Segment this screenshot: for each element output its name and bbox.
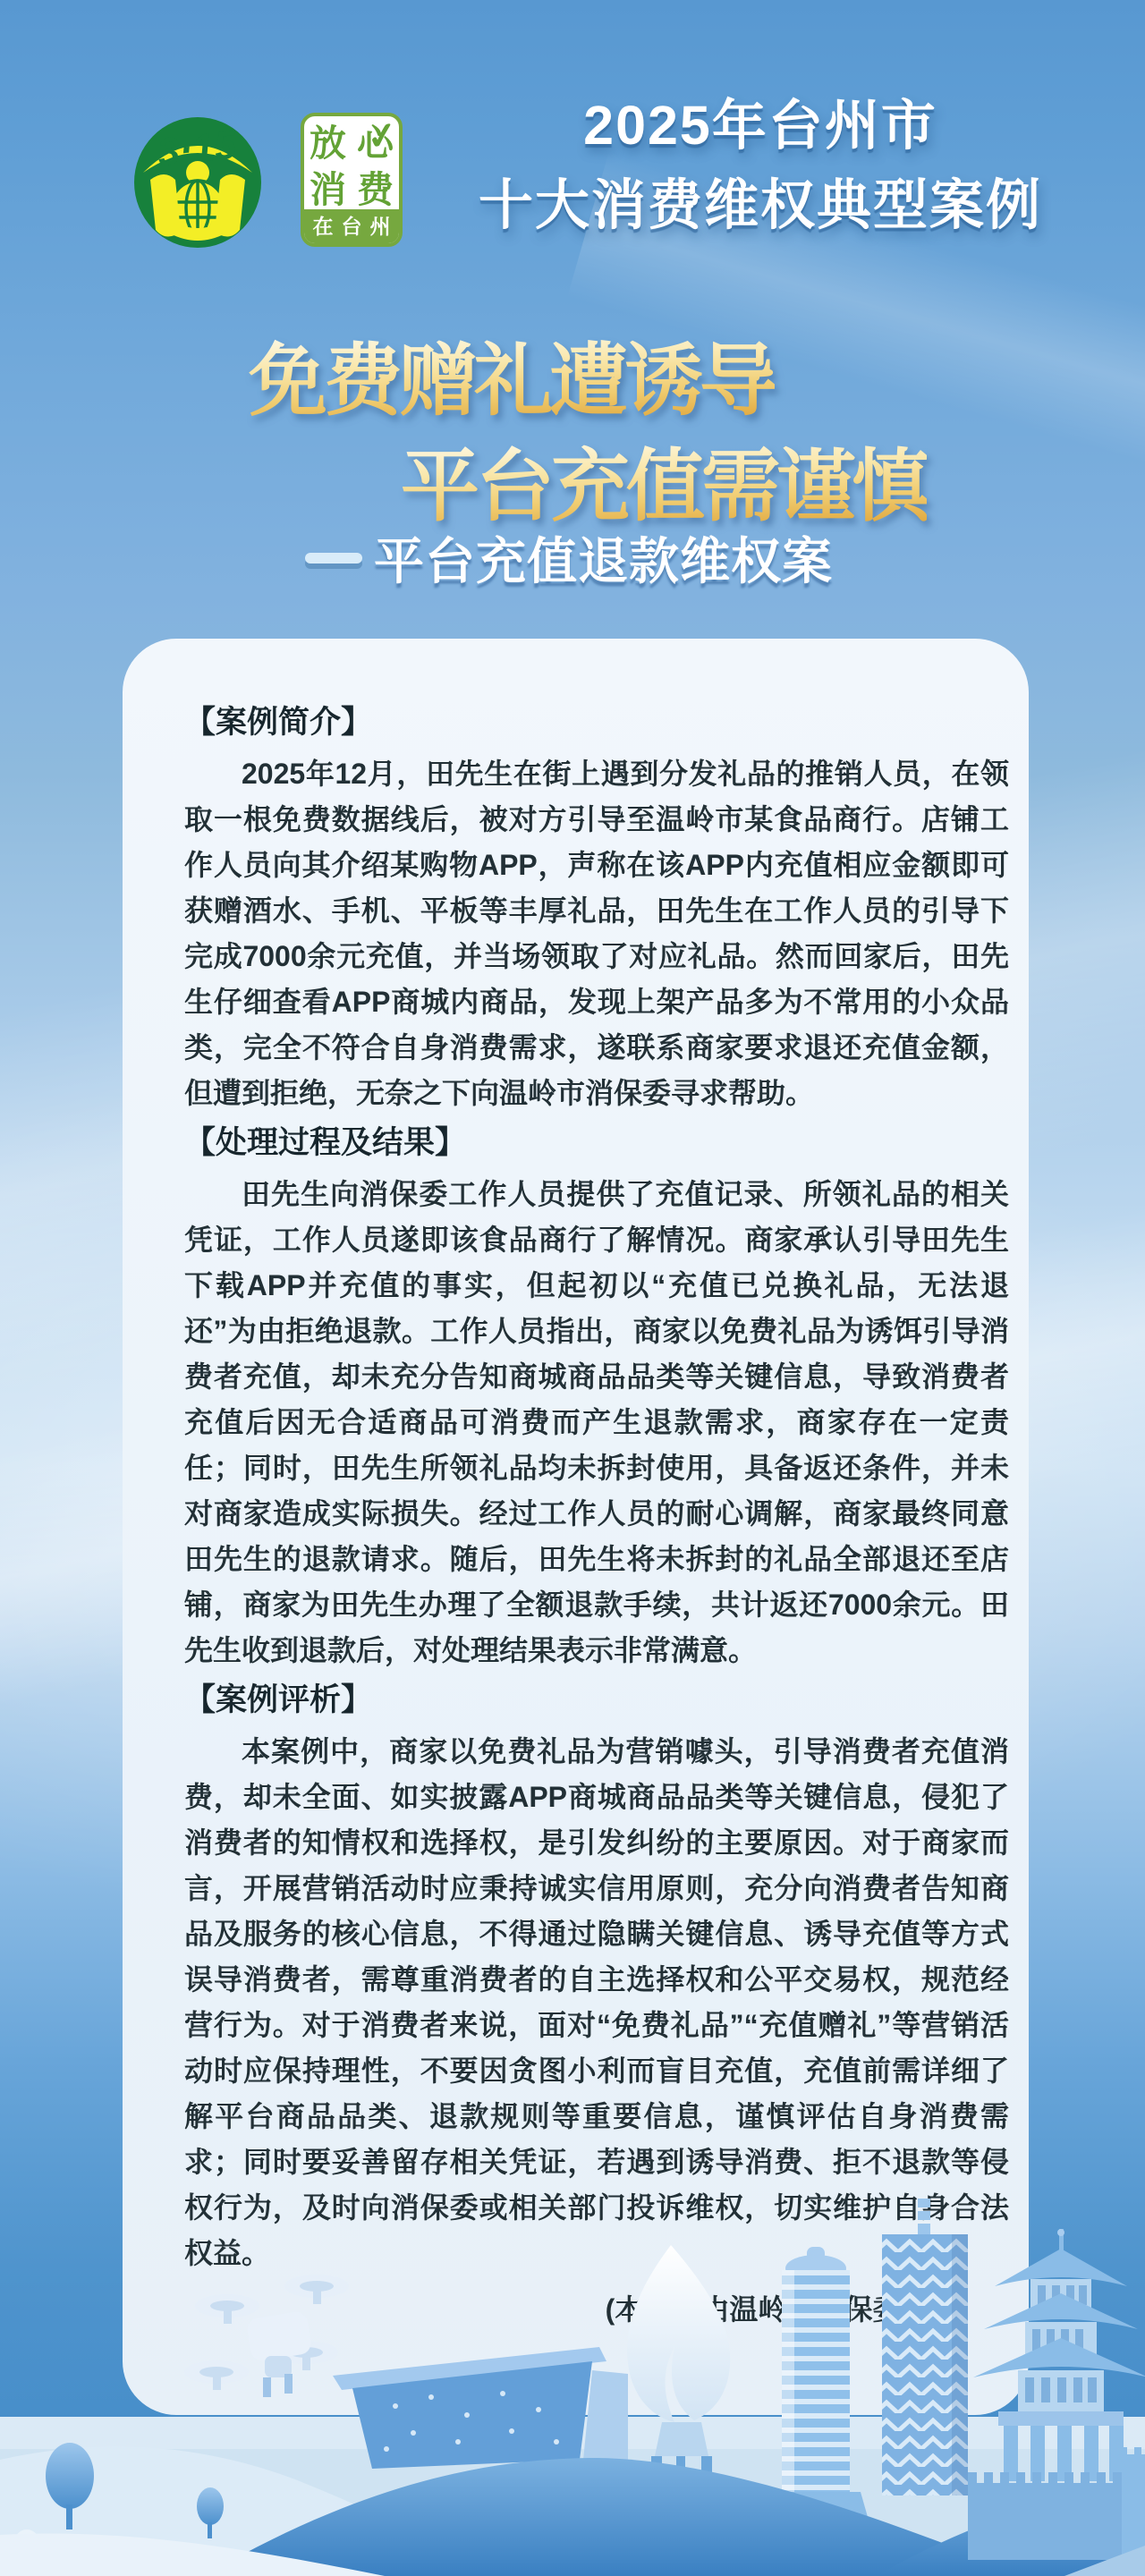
badge-char: 费 (357, 168, 394, 211)
header-title-line-1: 2025年台州市 (452, 86, 1069, 165)
dash-icon (305, 553, 362, 563)
hero-title-line-2: 平台充值需谨慎 (401, 444, 927, 530)
poster-header-title: 2025年台州市 十大消费维权典型案例 (452, 86, 1069, 245)
check-icon: ✓ (363, 113, 400, 159)
header-title-line-2: 十大消费维权典型案例 (452, 165, 1069, 245)
section-heading-analysis: 【案例评析】 (184, 1677, 1009, 1724)
section-body-intro: 2025年12月，田先生在街上遇到分发礼品的推销人员，在领取一根免费数据线后，被… (184, 751, 1009, 1116)
badge-characters: 放 心 消 费 ✓ (304, 116, 399, 213)
badge-footer: 在台州 (303, 209, 400, 244)
case-card: 【案例简介】 2025年12月，田先生在街上遇到分发礼品的推销人员，在领取一根免… (123, 639, 1029, 2415)
poster-canvas: 3·15 放 心 消 费 ✓ 在台州 2025年台州市 十大消费维权典型案例 免… (0, 0, 1145, 2576)
drone (184, 2275, 349, 2397)
hero-subtitle-label: 平台充值退款维权案 (374, 522, 833, 594)
hero-title-line-1: 免费赠礼遭诱导 (249, 338, 775, 424)
chevron-tower (882, 2199, 968, 2495)
315-consumers-logo-icon: 3·15 (134, 117, 261, 248)
badge-char: 消 (310, 168, 346, 211)
section-heading-process: 【处理过程及结果】 (184, 1120, 1009, 1166)
cityscape-decoration (0, 2191, 1145, 2576)
badge-char: 放 (310, 122, 346, 165)
section-heading-intro: 【案例简介】 (184, 699, 1009, 746)
hero-subtitle: 平台充值退款维权案 (305, 522, 833, 594)
pagoda (968, 2229, 1145, 2560)
section-body-process: 田先生向消保委工作人员提供了充值记录、所领礼品的相关凭证，工作人员遂即该食品商行… (184, 1172, 1009, 1674)
fangxin-xiaofei-badge: 放 心 消 费 ✓ 在台州 (301, 113, 403, 247)
